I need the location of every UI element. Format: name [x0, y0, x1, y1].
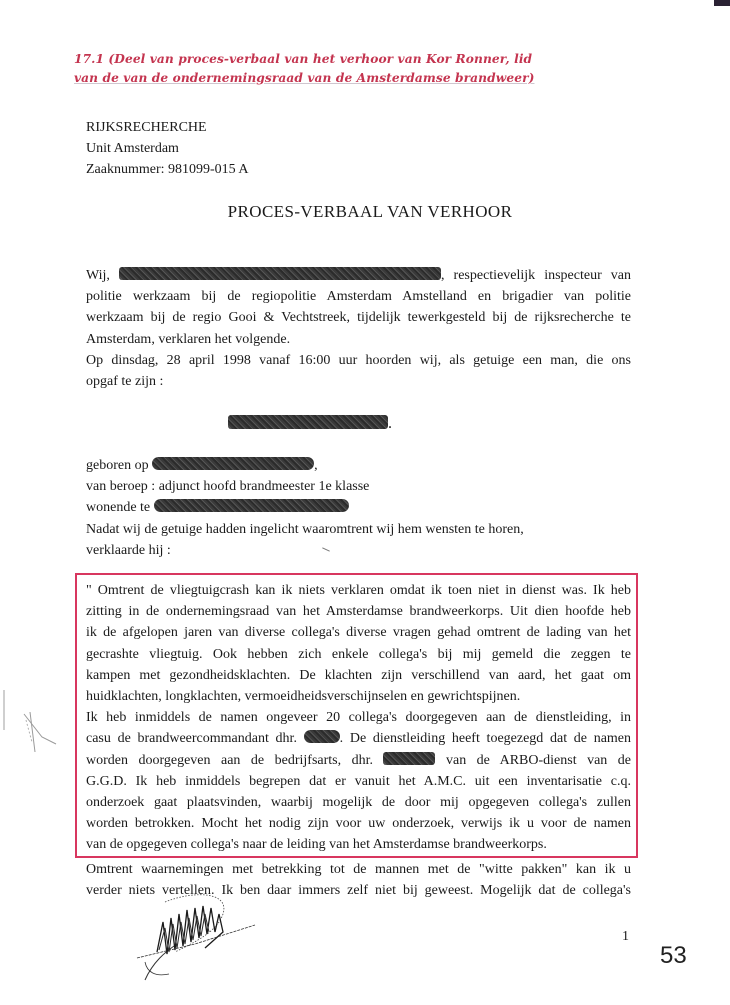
statement-paragraph: " Omtrent de vliegtuigcrash kan ik niets…: [86, 580, 631, 856]
document-title: PROCES-VERBAAL VAN VERHOOR: [0, 202, 730, 222]
unit-name: Unit Amsterdam: [86, 138, 249, 159]
intro-paragraph: Wij, , respectievelijk inspecteur van po…: [86, 265, 631, 392]
intro-wij: Wij,: [86, 268, 110, 283]
redacted-residence: [154, 499, 349, 512]
statement-line: kampen met gezondheidsklachten. De klach…: [86, 665, 631, 686]
statement-text: casu de brandweercommandant dhr.: [86, 731, 297, 746]
statement-text: van de ARBO-dienst van de: [446, 753, 631, 768]
redacted-names: [119, 267, 441, 280]
intro-line-1-rest: , respectievelijk inspecteur van: [441, 268, 631, 283]
statement-text: . De dienstleiding heeft toegezegd dat d…: [340, 731, 631, 746]
statement-line: ik de afgelopen jaren van diverse colleg…: [86, 622, 631, 643]
pencil-x-mark-icon: [22, 712, 58, 762]
born-line: geboren op ,: [86, 455, 631, 476]
born-label: geboren op: [86, 458, 149, 473]
statement-line: gecrashte vliegtuig. Ook hebben zich enk…: [86, 644, 631, 665]
annotation-line-2: van de van de ondernemingsraad van de Am…: [74, 69, 594, 88]
residence-label: wonende te: [86, 500, 150, 515]
annotation-line-1: 17.1 (Deel van proces-verbaal van het ve…: [74, 50, 594, 69]
intro-line-5: Op dinsdag, 28 april 1998 vanaf 16:00 uu…: [86, 350, 631, 371]
signature-icon: [135, 892, 275, 992]
declared-line: verklaarde hij :: [86, 540, 631, 561]
intro-line-1: Wij, , respectievelijk inspecteur van: [86, 265, 631, 286]
statement-line: " Omtrent de vliegtuigcrash kan ik niets…: [86, 580, 631, 601]
statement-line: onderzoek gaat plaatsvinden, waarbij mog…: [86, 792, 631, 813]
document-header: RIJKSRECHERCHE Unit Amsterdam Zaaknummer…: [86, 117, 249, 180]
red-annotation-caption: 17.1 (Deel van proces-verbaal van het ve…: [74, 50, 594, 88]
statement-text: worden doorgegeven aan de bedrijfsarts, …: [86, 753, 373, 768]
statement-line: Ik heb inmiddels de namen ongeveer 20 co…: [86, 707, 631, 728]
organization-name: RIJKSRECHERCHE: [86, 117, 249, 138]
statement-line: worden doorgegeven aan de bedrijfsarts, …: [86, 750, 631, 771]
residence-line: wonende te: [86, 497, 631, 518]
intro-line-2: politie werkzaam bij de regiopolitie Ams…: [86, 286, 631, 307]
scan-speck: [3, 690, 5, 730]
continuation-line-1: Omtrent waarnemingen met betrekking tot …: [86, 859, 631, 880]
statement-line: van de opgegeven collega's naar de leidi…: [86, 834, 631, 855]
intro-line-3: werkzaam bij de regio Gooi & Vechtstreek…: [86, 307, 631, 328]
redacted-witness-name: .: [228, 415, 392, 433]
statement-line: zitting in de ondernemingsraad van het A…: [86, 601, 631, 622]
statement-line: G.G.D. Ik heb inmiddels begrepen dat er …: [86, 771, 631, 792]
redacted-birth-date: [152, 457, 314, 470]
redacted-commander-name: [304, 730, 340, 743]
intro-line-6: opgaf te zijn :: [86, 371, 631, 392]
scan-edge-artifact: [714, 0, 730, 6]
redacted-doctor-name: [383, 752, 435, 765]
informed-line: Nadat wij de getuige hadden ingelicht wa…: [86, 519, 631, 540]
intro-line-4: Amsterdam, verklaren het volgende.: [86, 329, 631, 350]
statement-line: casu de brandweercommandant dhr. . De di…: [86, 728, 631, 749]
redaction-block: [228, 415, 388, 429]
case-number: Zaaknummer: 981099-015 A: [86, 159, 249, 180]
witness-details: geboren op , van beroep : adjunct hoofd …: [86, 455, 631, 561]
profession-line: van beroep : adjunct hoofd brandmeester …: [86, 476, 631, 497]
page-number: 1: [622, 929, 629, 945]
statement-line: huidklachten, longklachten, vermoeidheid…: [86, 686, 631, 707]
stamped-page-number: 53: [660, 942, 687, 970]
statement-line: worden betrokken. Mocht het nodig zijn v…: [86, 813, 631, 834]
